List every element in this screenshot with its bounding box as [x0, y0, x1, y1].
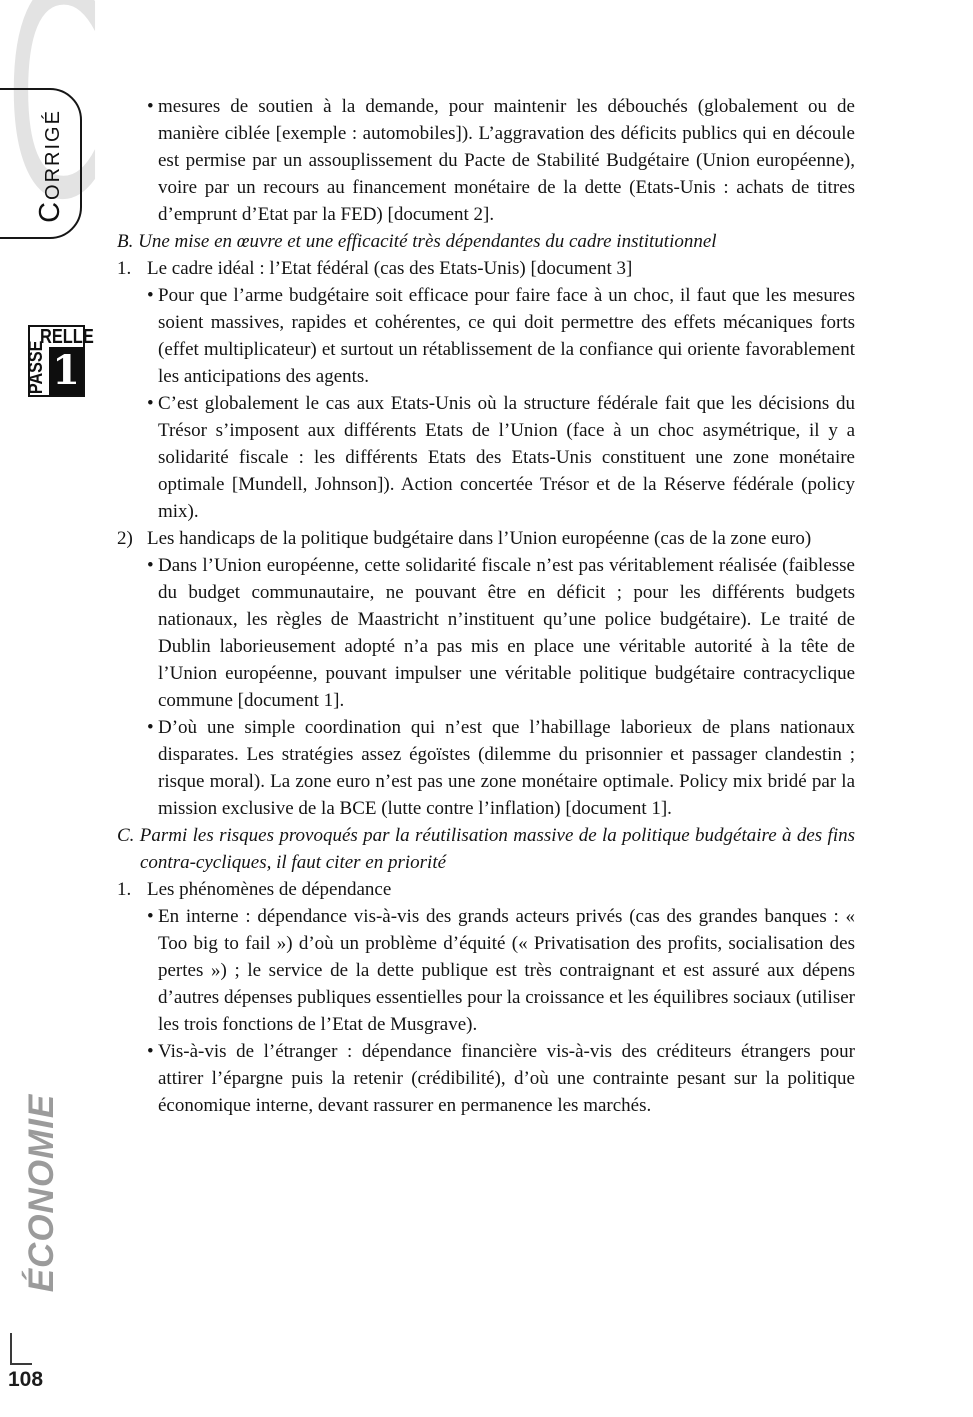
item-title: Les phénomènes de dépendance: [147, 879, 391, 900]
numbered-item-c1: 1. Les phénomènes de dépendance: [117, 876, 855, 903]
corrige-tab-label: Corrigé: [33, 101, 67, 231]
bullet-item: • Pour que l’arme budgétaire soit effica…: [117, 282, 855, 390]
passerelle-badge-number: 1: [52, 351, 80, 391]
passerelle-badge-number-box: 1: [49, 347, 83, 395]
bullet-marker: •: [147, 93, 154, 120]
bullet-marker: •: [147, 903, 154, 930]
section-label-economie: ÉCONOMIE: [20, 1083, 64, 1303]
item-number: 1.: [117, 876, 131, 903]
bullet-item: • Dans l’Union européenne, cette solidar…: [117, 552, 855, 714]
item-title: Les handicaps de la politique budgétaire…: [147, 528, 811, 549]
passerelle-badge-side-text: PASSE: [29, 350, 45, 394]
numbered-item-b1: 1. Le cadre idéal : l’Etat fédéral (cas …: [117, 255, 855, 282]
item-title: Le cadre idéal : l’Etat fédéral (cas des…: [147, 258, 632, 279]
page-number: 108: [8, 1368, 43, 1392]
bullet-text: C’est globalement le cas aux Etats-Unis …: [158, 393, 855, 522]
bullet-item: • En interne : dépendance vis-à-vis des …: [117, 903, 855, 1038]
bullet-text: Vis-à-vis de l’étranger : dépendance fin…: [158, 1041, 855, 1116]
item-number: 1.: [117, 255, 131, 282]
bullet-marker: •: [147, 552, 154, 579]
section-heading-b: B. Une mise en œuvre et une efficacité t…: [117, 228, 855, 255]
bullet-marker: •: [147, 282, 154, 309]
bullet-item: • Vis-à-vis de l’étranger : dépendance f…: [117, 1038, 855, 1119]
passerelle-badge: RELLE PASSE 1: [28, 325, 85, 397]
numbered-item-b2: 2) Les handicaps de la politique budgéta…: [117, 525, 855, 552]
bullet-text: D’où une simple coordination qui n’est q…: [158, 717, 855, 819]
item-number: 2): [117, 525, 133, 552]
section-heading-c: C. Parmi les risques provoqués par la ré…: [117, 822, 855, 876]
bullet-marker: •: [147, 390, 154, 417]
passerelle-badge-top-text: RELLE: [40, 326, 94, 349]
bullet-text: En interne : dépendance vis-à-vis des gr…: [158, 906, 855, 1035]
main-text-column: • mesures de soutien à la demande, pour …: [117, 93, 855, 1119]
bullet-text: Pour que l’arme budgétaire soit efficace…: [158, 285, 855, 387]
bullet-item: • C’est globalement le cas aux Etats-Uni…: [117, 390, 855, 525]
bullet-marker: •: [147, 714, 154, 741]
intro-bullet-text: mesures de soutien à la demande, pour ma…: [158, 96, 855, 225]
bullet-item: • D’où une simple coordination qui n’est…: [117, 714, 855, 822]
bullet-marker: •: [147, 1038, 154, 1065]
intro-bullet: • mesures de soutien à la demande, pour …: [117, 93, 855, 228]
page-corner-mark: [10, 1333, 32, 1365]
corrige-tab: Corrigé: [0, 88, 82, 239]
bullet-text: Dans l’Union européenne, cette solidarit…: [158, 555, 855, 711]
